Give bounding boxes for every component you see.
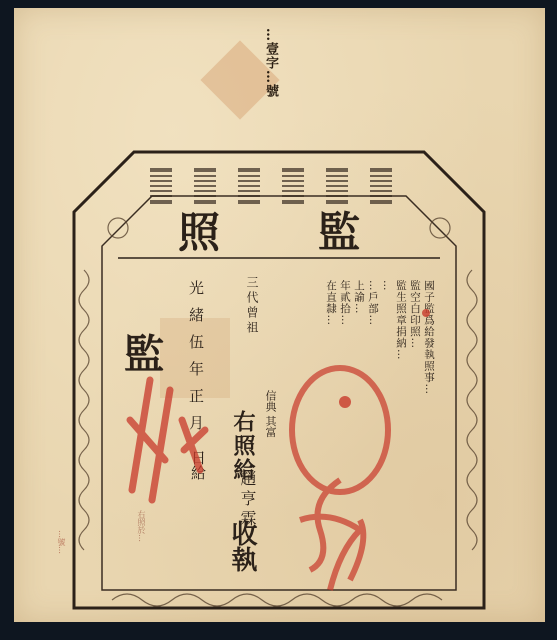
red-ink-marks [0, 0, 557, 640]
